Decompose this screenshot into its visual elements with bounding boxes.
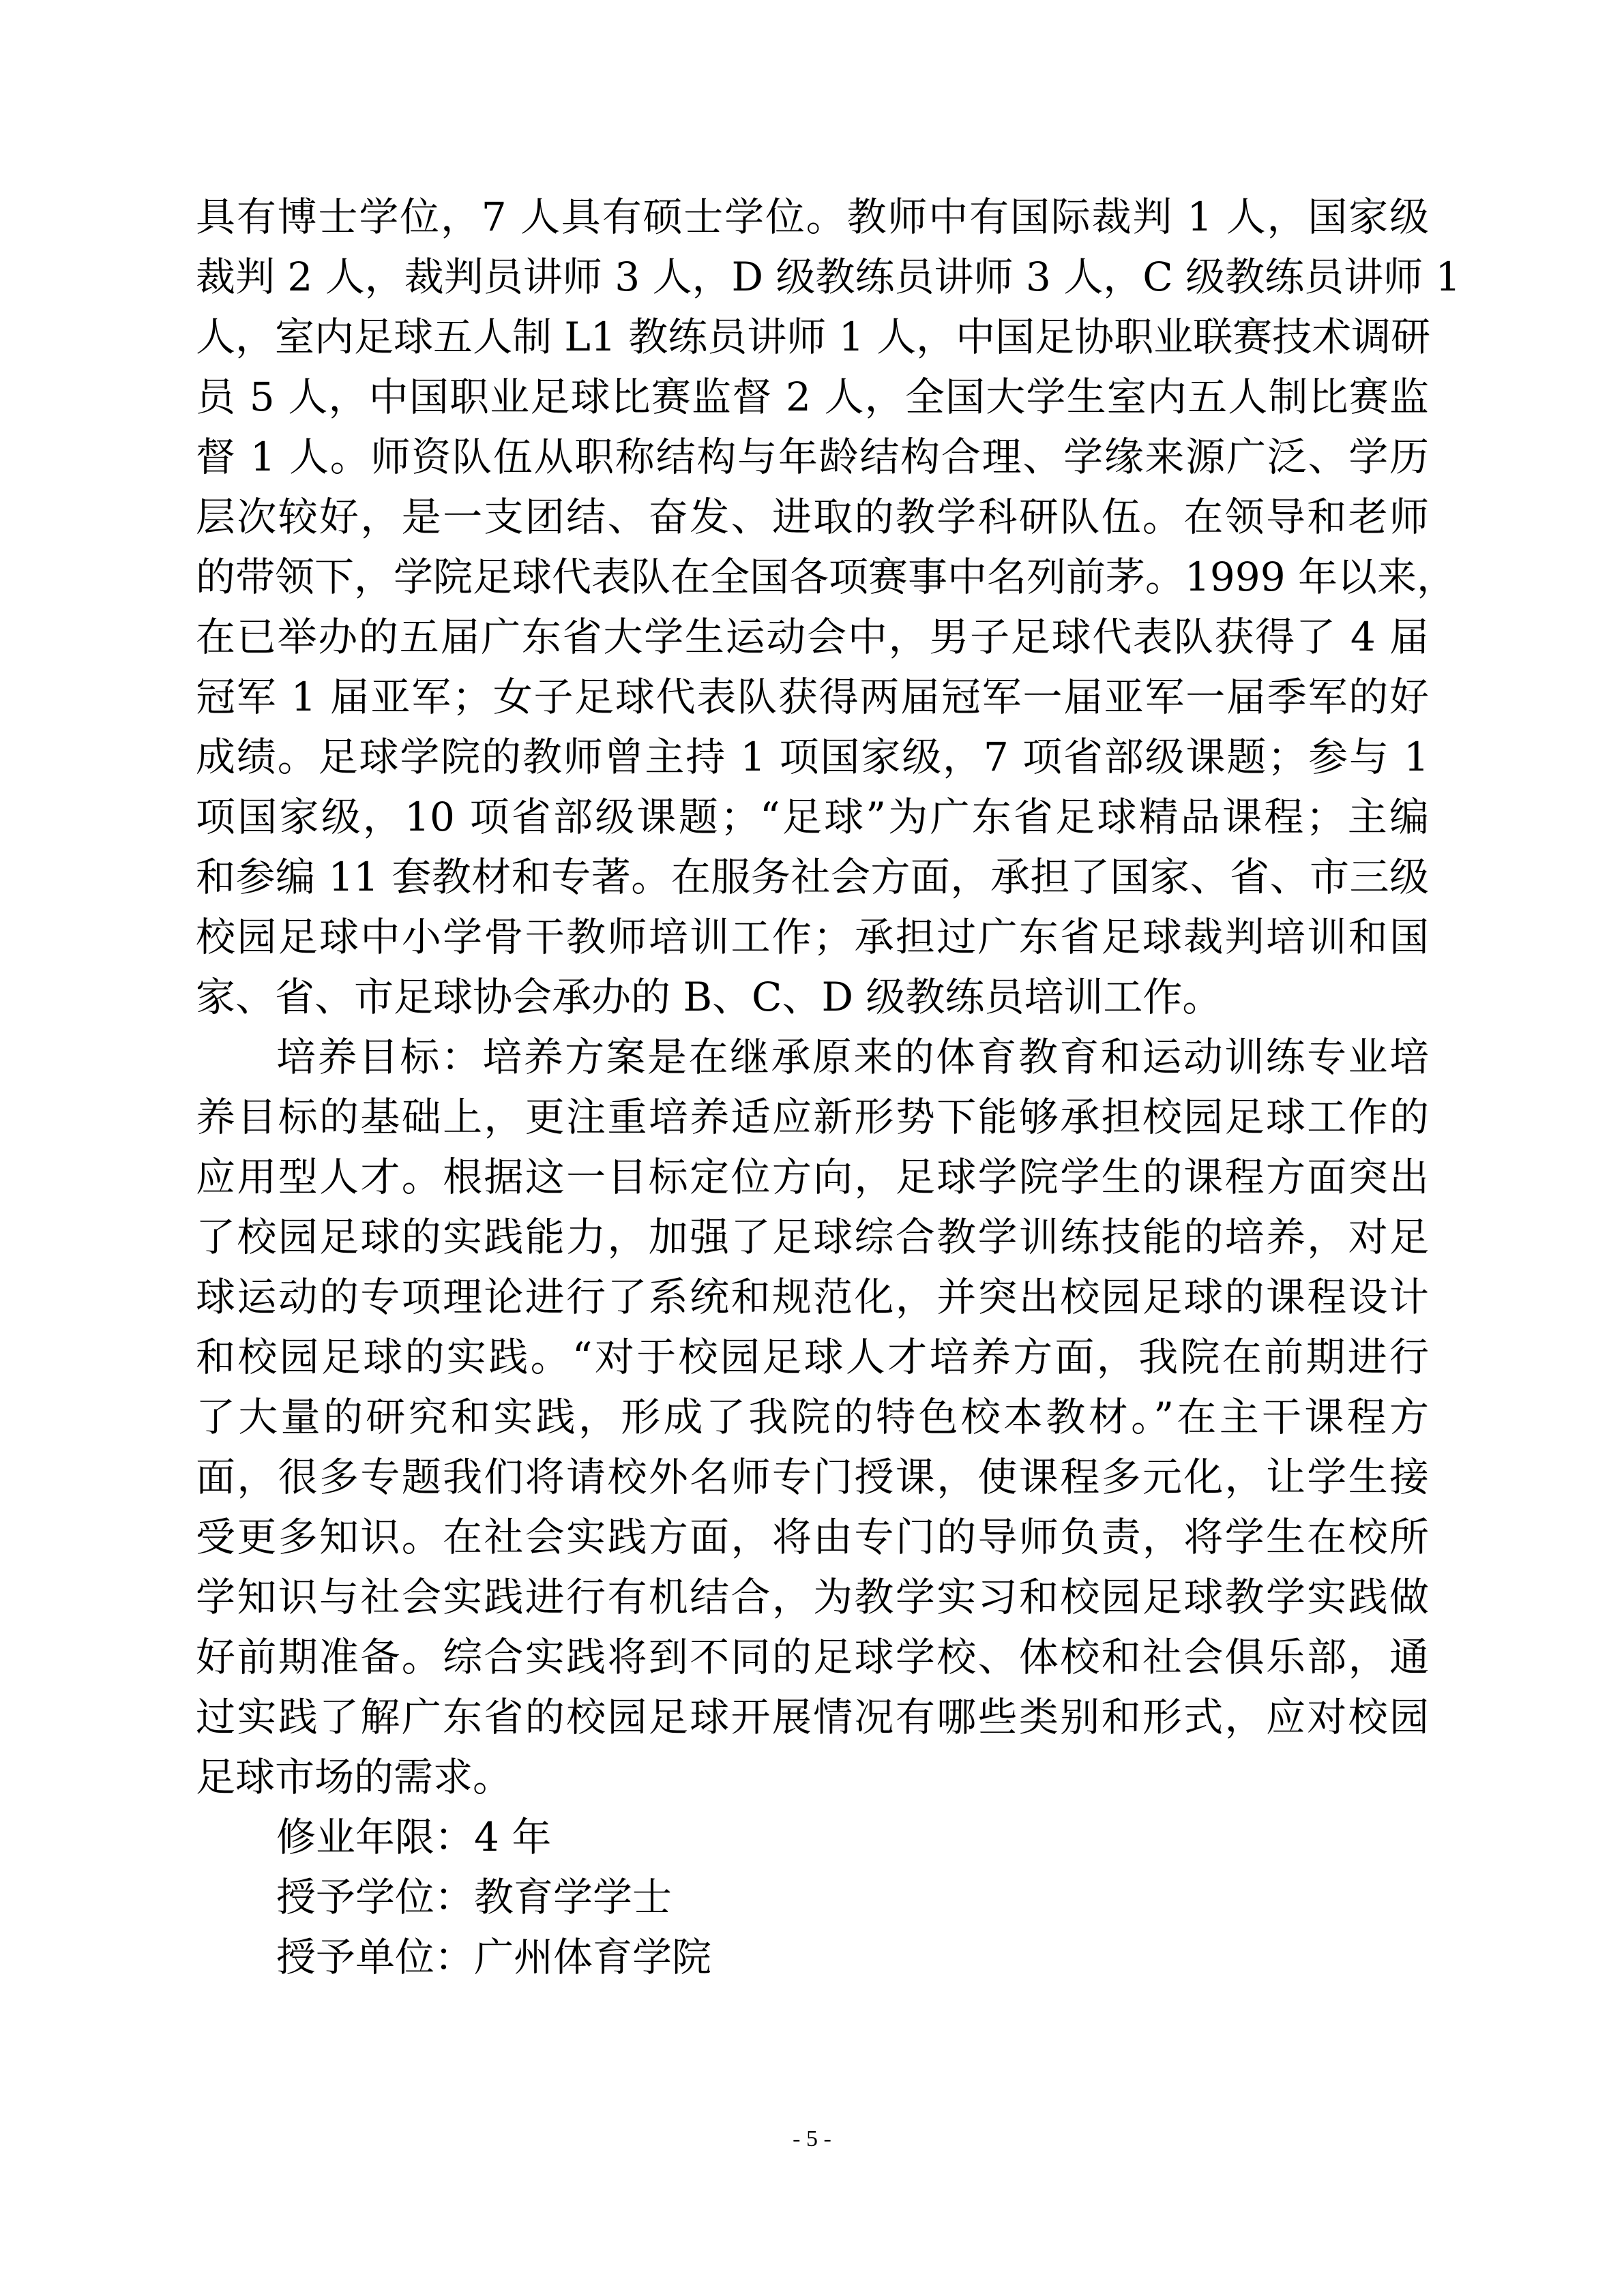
paragraph-line: 成绩。足球学院的教师曾主持 1 项国家级，7 项省部级课题；参与 1	[196, 733, 1429, 781]
paragraph-line: 应用型人才。根据这一目标定位方向，足球学院学生的课程方面突出	[196, 1153, 1429, 1201]
paragraph-line: 裁判 2 人，裁判员讲师 3 人，D 级教练员讲师 3 人，C 级教练员讲师 1	[196, 253, 1429, 301]
document-page: 具有博士学位，7 人具有硕士学位。教师中有国际裁判 1 人，国家级 裁判 2 人…	[0, 0, 1624, 2296]
study-duration: 修业年限：4 年	[276, 1813, 1429, 1861]
paragraph-line: 球运动的专项理论进行了系统和规范化，并突出校园足球的课程设计	[196, 1273, 1429, 1321]
paragraph-line: 在已举办的五届广东省大学生运动会中，男子足球代表队获得了 4 届	[196, 613, 1429, 661]
paragraph-line: 培养目标：培养方案是在继承原来的体育教育和运动训练专业培	[276, 1033, 1429, 1081]
paragraph-line: 好前期准备。综合实践将到不同的足球学校、体校和社会俱乐部，通	[196, 1633, 1429, 1681]
paragraph-line: 家、省、市足球协会承办的 B、C、D 级教练员培训工作。	[196, 973, 1429, 1021]
paragraph-line: 过实践了解广东省的校园足球开展情况有哪些类别和形式，应对校园	[196, 1693, 1429, 1741]
paragraph-line: 具有博士学位，7 人具有硕士学位。教师中有国际裁判 1 人，国家级	[196, 193, 1429, 241]
paragraph-line: 了大量的研究和实践，形成了我院的特色校本教材。”在主干课程方	[196, 1393, 1429, 1441]
paragraph-line: 项国家级，10 项省部级课题；“足球”为广东省足球精品课程；主编	[196, 793, 1429, 841]
paragraph-line: 和参编 11 套教材和专著。在服务社会方面，承担了国家、省、市三级	[196, 853, 1429, 901]
degree-awarded: 授予学位：教育学学士	[276, 1873, 1429, 1921]
paragraph-line: 校园足球中小学骨干教师培训工作；承担过广东省足球裁判培训和国	[196, 913, 1429, 961]
paragraph-line: 的带领下，学院足球代表队在全国各项赛事中名列前茅。1999 年以来，	[196, 553, 1429, 601]
page-number: - 5 -	[0, 2126, 1624, 2152]
paragraph-line: 养目标的基础上，更注重培养适应新形势下能够承担校园足球工作的	[196, 1093, 1429, 1141]
paragraph-line: 学知识与社会实践进行有机结合，为教学实习和校园足球教学实践做	[196, 1573, 1429, 1621]
paragraph-line: 冠军 1 届亚军；女子足球代表队获得两届冠军一届亚军一届季军的好	[196, 673, 1429, 721]
paragraph-line: 足球市场的需求。	[196, 1753, 1429, 1801]
paragraph-line: 层次较好，是一支团结、奋发、进取的教学科研队伍。在领导和老师	[196, 493, 1429, 541]
awarding-institution: 授予单位：广州体育学院	[276, 1933, 1429, 1981]
paragraph-line: 员 5 人，中国职业足球比赛监督 2 人，全国大学生室内五人制比赛监	[196, 373, 1429, 421]
paragraph-line: 受更多知识。在社会实践方面，将由专门的导师负责，将学生在校所	[196, 1513, 1429, 1561]
paragraph-line: 面，很多专题我们将请校外名师专门授课，使课程多元化，让学生接	[196, 1453, 1429, 1501]
paragraph-line: 人，室内足球五人制 L1 教练员讲师 1 人，中国足协职业联赛技术调研	[196, 313, 1429, 361]
paragraph-line: 和校园足球的实践。“对于校园足球人才培养方面，我院在前期进行	[196, 1333, 1429, 1381]
paragraph-line: 了校园足球的实践能力，加强了足球综合教学训练技能的培养，对足	[196, 1213, 1429, 1261]
paragraph-line: 督 1 人。师资队伍从职称结构与年龄结构合理、学缘来源广泛、学历	[196, 433, 1429, 481]
